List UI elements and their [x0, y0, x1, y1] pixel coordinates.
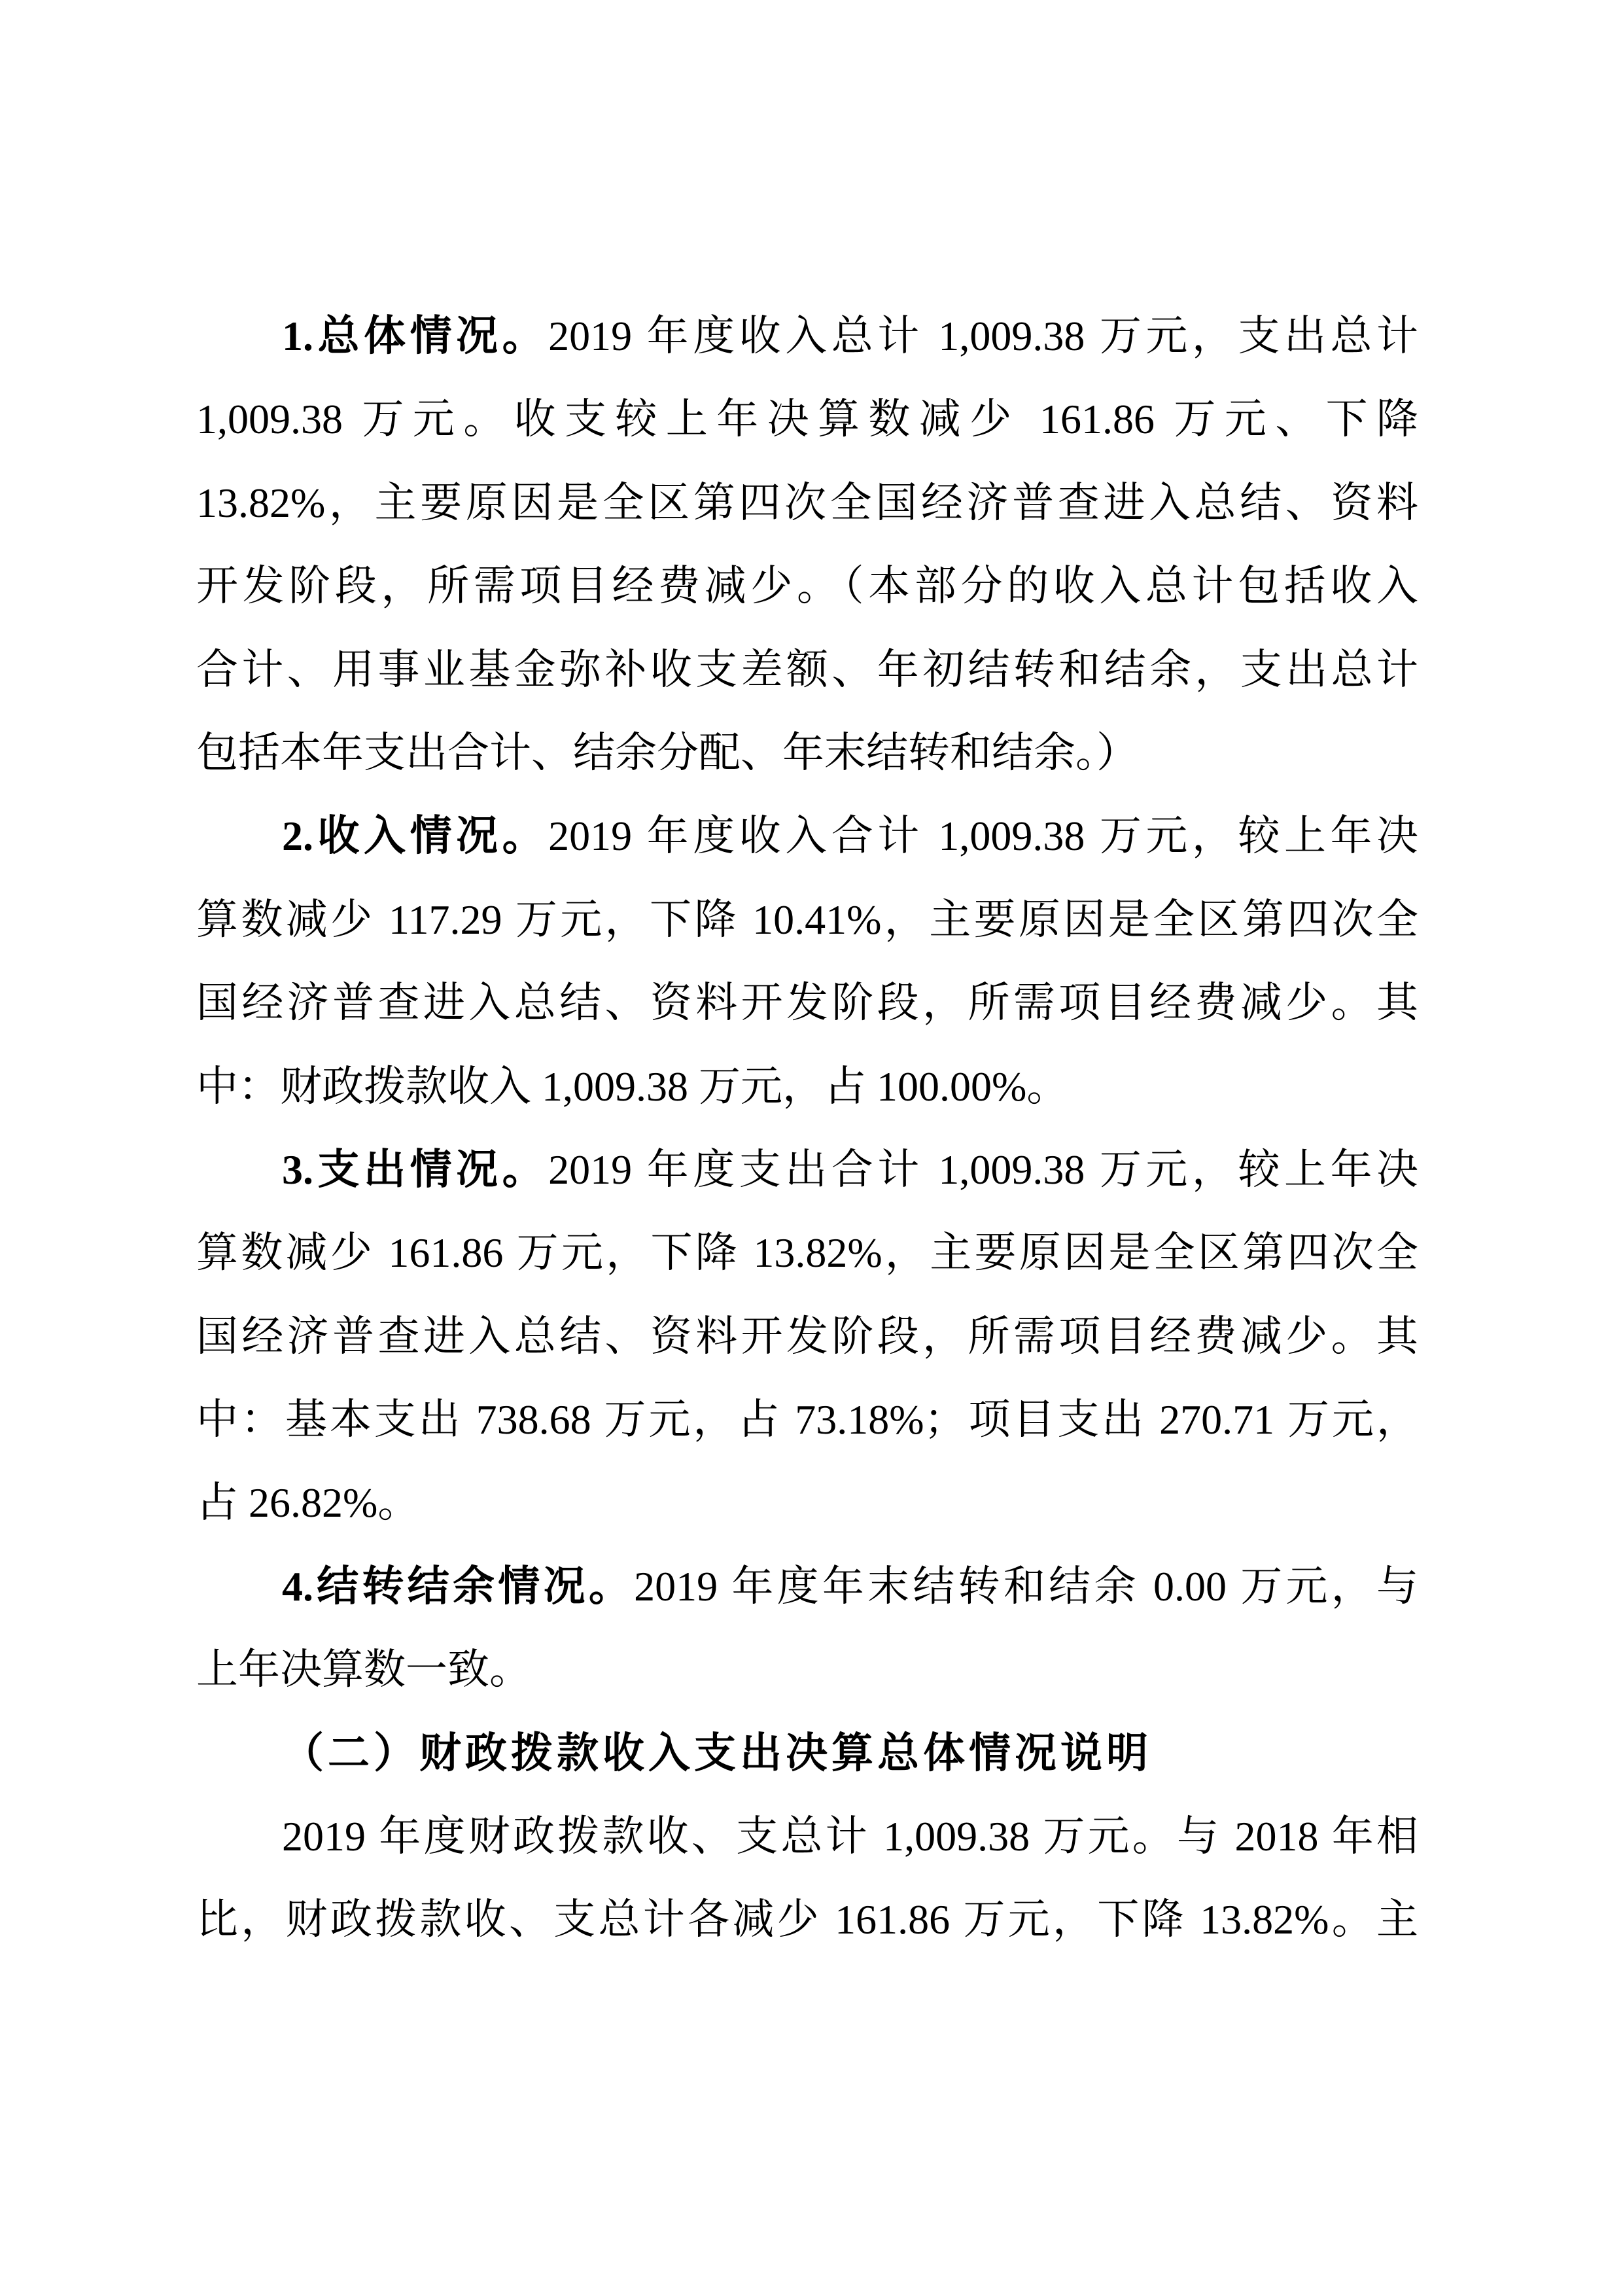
- text-line: 3.支出情况。2019 年度支出合计 1,009.38 万元，较上年决: [196, 1128, 1418, 1211]
- line-text: 2019 年度收入合计 1,009.38 万元，较上年决: [548, 813, 1418, 859]
- line-text: 2019 年度年末结转和结余 0.00 万元，与: [634, 1563, 1418, 1610]
- text-line: 国经济普查进入总结、资料开发阶段，所需项目经费减少。其: [196, 961, 1418, 1044]
- text-line: 上年决算数一致。: [196, 1628, 1418, 1711]
- text-line: 中：财政拨款收入 1,009.38 万元，占 100.00%。: [196, 1045, 1418, 1128]
- line-text: 2019 年度支出合计 1,009.38 万元，较上年决: [548, 1146, 1418, 1193]
- paragraph-lead: 3.支出情况。: [282, 1146, 548, 1193]
- paragraph-income-situation: 2.收入情况。2019 年度收入合计 1,009.38 万元，较上年决 算数减少…: [196, 794, 1418, 1128]
- paragraph-overall-situation: 1.总体情况。2019 年度收入总计 1,009.38 万元，支出总计 1,00…: [196, 294, 1418, 794]
- text-line: 包括本年支出合计、结余分配、年末结转和结余。）: [196, 711, 1418, 794]
- text-line: 开发阶段，所需项目经费减少。（本部分的收入总计包括收入: [196, 544, 1418, 627]
- text-block: 1.总体情况。2019 年度收入总计 1,009.38 万元，支出总计 1,00…: [196, 294, 1418, 1962]
- text-line: 2.收入情况。2019 年度收入合计 1,009.38 万元，较上年决: [196, 794, 1418, 877]
- document-page: 1.总体情况。2019 年度收入总计 1,009.38 万元，支出总计 1,00…: [0, 0, 1623, 2296]
- line-text: 2019 年度收入总计 1,009.38 万元，支出总计: [548, 313, 1418, 359]
- text-line: 中：基本支出 738.68 万元，占 73.18%；项目支出 270.71 万元…: [196, 1378, 1418, 1461]
- text-line: 算数减少 161.86 万元，下降 13.82%，主要原因是全区第四次全: [196, 1211, 1418, 1294]
- subsection-heading: （二）财政拨款收入支出决算总体情况说明: [196, 1712, 1418, 1795]
- text-line: 4.结转结余情况。2019 年度年末结转和结余 0.00 万元，与: [196, 1545, 1418, 1628]
- text-line: 国经济普查进入总结、资料开发阶段，所需项目经费减少。其: [196, 1295, 1418, 1378]
- paragraph-lead: 2.收入情况。: [282, 813, 548, 859]
- paragraph-lead: 1.总体情况。: [282, 313, 548, 359]
- paragraph-fiscal-appropriation-summary: 2019 年度财政拨款收、支总计 1,009.38 万元。与 2018 年相 比…: [196, 1795, 1418, 1962]
- paragraph-lead: 4.结转结余情况。: [282, 1563, 634, 1610]
- text-line: 1.总体情况。2019 年度收入总计 1,009.38 万元，支出总计: [196, 294, 1418, 378]
- text-line: 合计、用事业基金弥补收支差额、年初结转和结余，支出总计: [196, 628, 1418, 711]
- text-line: 2019 年度财政拨款收、支总计 1,009.38 万元。与 2018 年相: [196, 1795, 1418, 1878]
- text-line: 比，财政拨款收、支总计各减少 161.86 万元，下降 13.82%。主: [196, 1878, 1418, 1961]
- paragraph-carryover-situation: 4.结转结余情况。2019 年度年末结转和结余 0.00 万元，与 上年决算数一…: [196, 1545, 1418, 1712]
- text-line: 1,009.38 万元。收支较上年决算数减少 161.86 万元、下降: [196, 378, 1418, 461]
- text-line: 算数减少 117.29 万元，下降 10.41%，主要原因是全区第四次全: [196, 878, 1418, 961]
- paragraph-expenditure-situation: 3.支出情况。2019 年度支出合计 1,009.38 万元，较上年决 算数减少…: [196, 1128, 1418, 1545]
- text-line: 13.82%，主要原因是全区第四次全国经济普查进入总结、资料: [196, 461, 1418, 544]
- text-line: 占 26.82%。: [196, 1461, 1418, 1544]
